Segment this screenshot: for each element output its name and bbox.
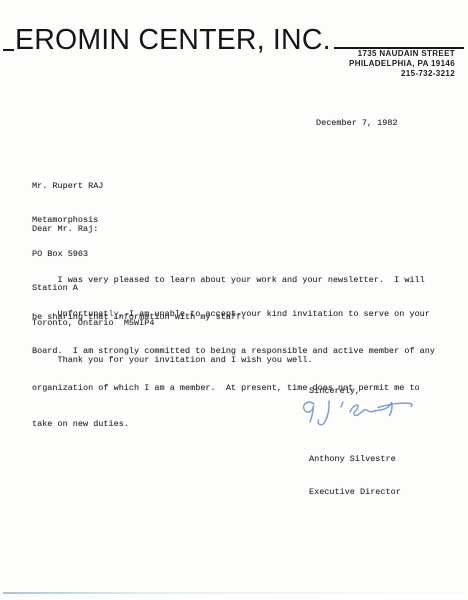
signer-title: Executive Director [309, 487, 401, 498]
company-name: EROMIN CENTER, INC. [15, 24, 331, 57]
paragraph-text: Unfortunat [32, 309, 109, 319]
paragraph-text: , I am unable to accept your kind invita… [119, 309, 430, 319]
signer-name: Anthony Silvestre [309, 454, 401, 465]
address-city: PHILADELPHIA, PA 19146 [349, 59, 455, 69]
address-phone: 215-732-3212 [349, 69, 455, 79]
scan-artifact-line [3, 592, 463, 594]
address-street: 1735 NAUDAIN STREET [349, 49, 455, 59]
paragraph-line: Thank you for your invitation and I wish… [32, 354, 313, 366]
recipient-name: Mr. Rupert RAJ [32, 181, 154, 192]
signer-block: Anthony Silvestre Executive Director [309, 432, 401, 520]
typed-correction: ly [109, 309, 119, 319]
salutation: Dear Mr. Raj: [32, 223, 98, 235]
paragraph-line: Unfortunatly, I am unable to accept your… [32, 308, 435, 320]
letterhead-left-dash [3, 49, 14, 52]
date-line: December 7, 1982 [316, 117, 398, 129]
letterhead-address: 1735 NAUDAIN STREET PHILADELPHIA, PA 191… [349, 49, 455, 79]
signature-handwriting [298, 395, 416, 431]
paragraph-3: Thank you for your invitation and I wish… [32, 330, 313, 391]
scanned-letter-page: EROMIN CENTER, INC. 1735 NAUDAIN STREET … [0, 0, 468, 600]
